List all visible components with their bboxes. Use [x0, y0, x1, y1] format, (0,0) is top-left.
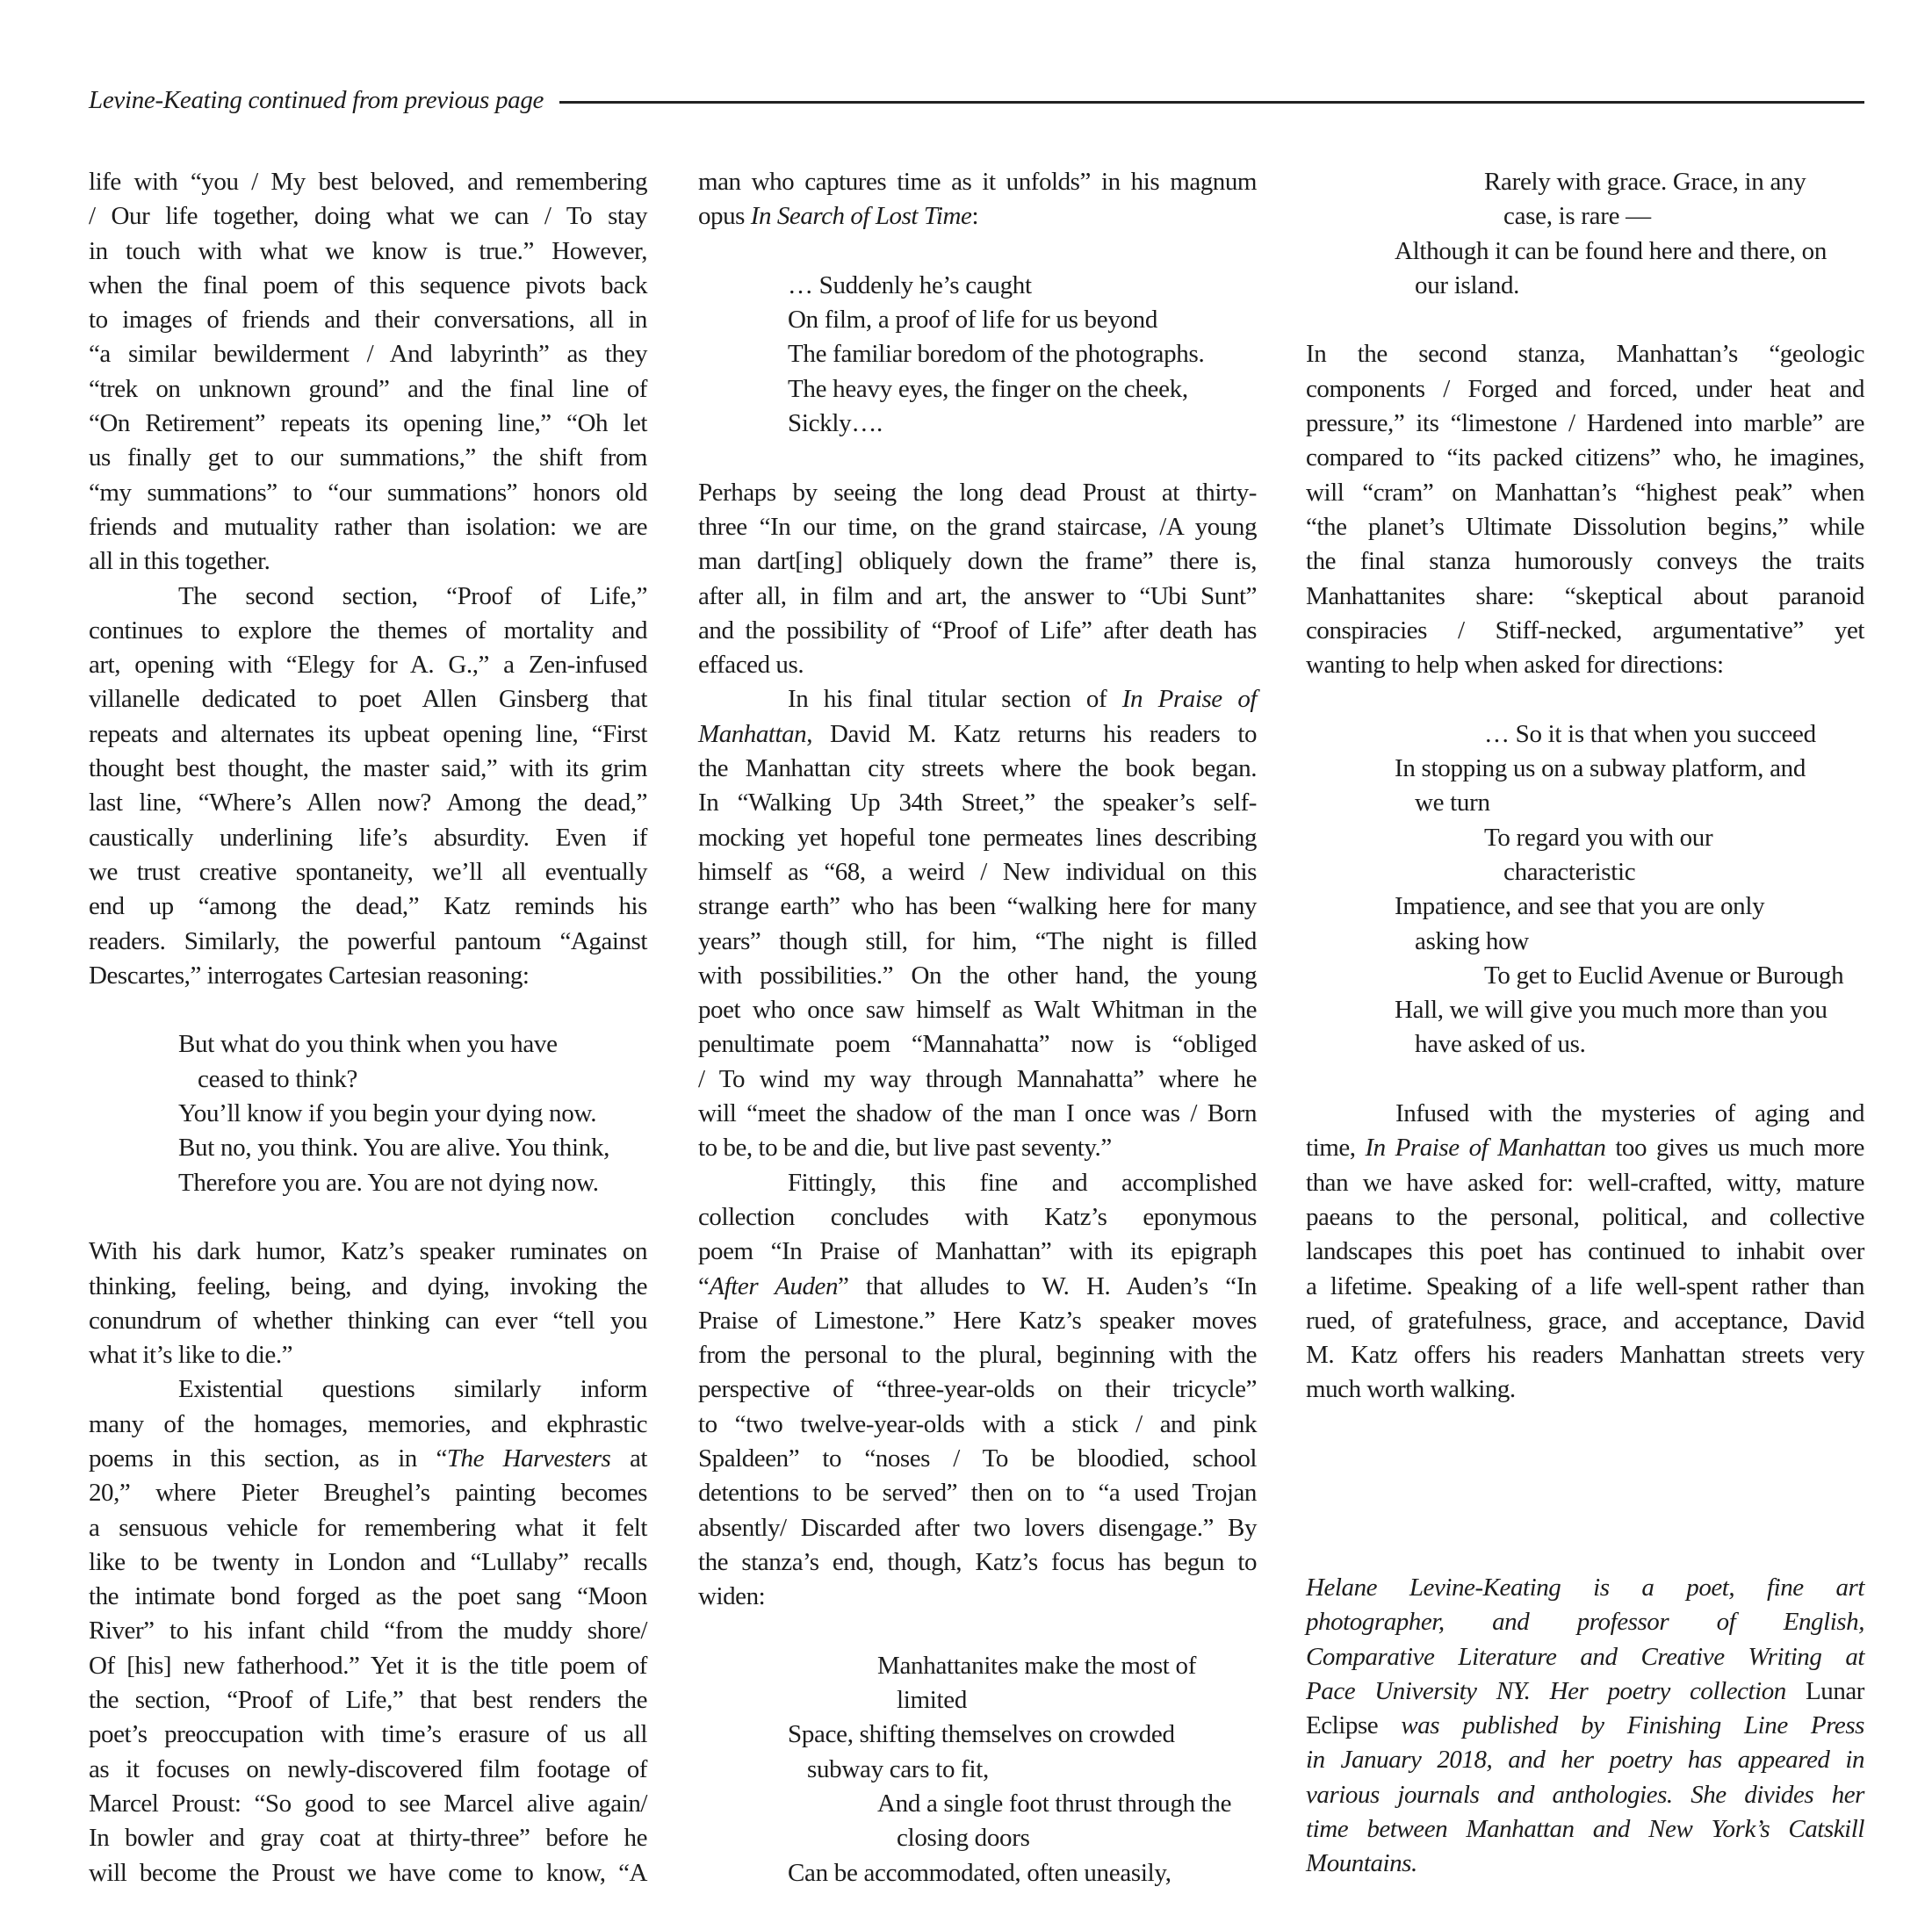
author-bio: Helane Levine-Keating is a poet, fine ar… — [1306, 1571, 1864, 1882]
text-line: Descartes,” interrogates Cartesian reaso… — [89, 959, 647, 993]
text-line: conundrum of whether thinking can ever “… — [89, 1304, 647, 1338]
text-line: Existential questions similarly inform — [89, 1372, 647, 1407]
text-line: detentions to be served” then on to “a u… — [698, 1476, 1257, 1510]
text-line: friends and mutuality rather than isolat… — [89, 510, 647, 544]
poem-line: … So it is that when you succeed — [1306, 717, 1864, 752]
book-title-lunar-eclipse: Eclipse — [1306, 1711, 1378, 1739]
text-line: last line, “Where’s Allen now? Among the… — [89, 786, 647, 820]
text-line: thinking, feeling, being, and dying, inv… — [89, 1270, 647, 1304]
text-line: “my summations” to “our summations” hono… — [89, 476, 647, 510]
text-line: poet’s preoccupation with time’s erasure… — [89, 1718, 647, 1752]
text-line: M. Katz offers his readers Manhattan str… — [1306, 1338, 1864, 1372]
poem-line: … Suddenly he’s caught — [698, 269, 1257, 303]
title-the-harvesters: The Harvesters — [447, 1444, 611, 1473]
poem-excerpt-grace: Rarely with grace. Grace, in any case, i… — [1306, 165, 1864, 303]
text-line: man who captures time as it unfolds” in … — [698, 165, 1257, 199]
poem-excerpt-in-praise-of-manhattan: Manhattanites make the most of limited S… — [698, 1649, 1257, 1890]
poem-line: Hall, we will give you much more than yo… — [1306, 993, 1864, 1027]
text-line: in touch with what we know is true.” How… — [89, 234, 647, 269]
spacer — [1306, 1062, 1864, 1097]
text-line: much worth walking. — [1306, 1372, 1864, 1407]
text-line: opus In Search of Lost Time: — [698, 199, 1257, 234]
text-line: poet who once saw himself as Walt Whitma… — [698, 993, 1257, 1027]
paragraph-second-stanza: In the second stanza, Manhattan’s “geolo… — [1306, 337, 1864, 682]
text-line: paeans to the personal, political, and c… — [1306, 1200, 1864, 1235]
spacer — [698, 1614, 1257, 1648]
text-line: and the possibility of “Proof of Life” a… — [698, 614, 1257, 648]
text-line: we trust creative spontaneity, we’ll all… — [89, 855, 647, 889]
text-line: 20,” where Pieter Breughel’s painting be… — [89, 1476, 647, 1510]
text-line: end up “among the dead,” Katz reminds hi… — [89, 889, 647, 924]
text-line: many of the homages, memories, and ekphr… — [89, 1408, 647, 1442]
poem-excerpt-directions: … So it is that when you succeed In stop… — [1306, 717, 1864, 1062]
text-line: thought best thought, the master said,” … — [89, 752, 647, 786]
text-line: “trek on unknown ground” and the final l… — [89, 372, 647, 407]
text-line: conspiracies / Stiff-necked, argumentati… — [1306, 614, 1864, 648]
text-line: widen: — [698, 1580, 1257, 1614]
text-line: will “cram” on Manhattan’s “highest peak… — [1306, 476, 1864, 510]
text-line: collection concludes with Katz’s eponymo… — [698, 1200, 1257, 1235]
paragraph-conclusion: Infused with the mysteries of aging and … — [1306, 1097, 1864, 1408]
paragraph-dark-humor: With his dark humor, Katz’s speaker rumi… — [89, 1235, 647, 1372]
poem-line: Space, shifting themselves on crowded — [698, 1718, 1257, 1752]
text-line: wanting to help when asked for direction… — [1306, 648, 1864, 682]
text-line: “After Auden” that alludes to W. H. Aude… — [698, 1270, 1257, 1304]
poem-line: characteristic — [1306, 855, 1864, 889]
paragraph-proof-of-life: The second section, “Proof of Life,” con… — [89, 580, 647, 994]
text-line: pressure,” its “limestone / Hardened int… — [1306, 407, 1864, 441]
text-line: with possibilities.” On the other hand, … — [698, 959, 1257, 993]
paragraph-ubi-sunt: Perhaps by seeing the long dead Proust a… — [698, 476, 1257, 683]
text-line: the final stanza humorously conveys the … — [1306, 544, 1864, 579]
spacer — [89, 993, 647, 1027]
text-line: a lifetime. Speaking of a life well-spen… — [1306, 1270, 1864, 1304]
text-run: opus — [698, 202, 751, 230]
text-run: poems in this section, as in “ — [89, 1444, 447, 1473]
bio-line: various journals and anthologies. She di… — [1306, 1778, 1864, 1812]
text-line: absently/ Discarded after two lovers dis… — [698, 1511, 1257, 1545]
continuation-label: Levine-Keating continued from previous p… — [89, 86, 544, 115]
text-line: “a similar bewilderment / And labyrinth”… — [89, 337, 647, 371]
paragraph-existential-questions: Existential questions similarly inform m… — [89, 1372, 647, 1890]
text-line: Manhattanites share: “skeptical about pa… — [1306, 580, 1864, 614]
epigraph-after-auden: After Auden — [709, 1272, 838, 1300]
bio-line: Eclipse was published by Finishing Line … — [1306, 1709, 1864, 1743]
poem-excerpt-proof-of-life: … Suddenly he’s caught On film, a proof … — [698, 269, 1257, 441]
poem-line: Rarely with grace. Grace, in any — [1306, 165, 1864, 199]
text-run: In his final titular section of — [788, 685, 1122, 713]
text-line: after all, in film and art, the answer t… — [698, 580, 1257, 614]
text-line: In the second stanza, Manhattan’s “geolo… — [1306, 337, 1864, 371]
text-line: us finally get to our summations,” the s… — [89, 441, 647, 475]
text-line: mocking yet hopeful tone permeates lines… — [698, 821, 1257, 855]
text-run: at — [610, 1444, 647, 1473]
middle-column: man who captures time as it unfolds” in … — [698, 165, 1257, 1890]
poem-line: Sickly…. — [698, 407, 1257, 441]
poem-line: Although it can be found here and there,… — [1306, 234, 1864, 269]
poem-line: closing doors — [698, 1821, 1257, 1855]
text-line: to be, to be and die, but live past seve… — [698, 1131, 1257, 1165]
text-run: “ — [698, 1272, 709, 1300]
text-line: Spaldeen” to “noses / To be bloodied, sc… — [698, 1442, 1257, 1476]
header-rule-divider — [559, 101, 1864, 104]
poem-line: our island. — [1306, 269, 1864, 303]
text-line: landscapes this poet has continued to in… — [1306, 1235, 1864, 1269]
spacer — [89, 1200, 647, 1235]
text-line: Manhattan, David M. Katz returns his rea… — [698, 717, 1257, 752]
text-line: a sensuous vehicle for remembering what … — [89, 1511, 647, 1545]
text-line: when the final poem of this sequence piv… — [89, 269, 647, 303]
bio-line: in January 2018, and her poetry has appe… — [1306, 1743, 1864, 1777]
text-line: The second section, “Proof of Life,” — [89, 580, 647, 614]
text-line: / To wind my way through Mannahatta” whe… — [698, 1062, 1257, 1097]
text-line: villanelle dedicated to poet Allen Ginsb… — [89, 682, 647, 717]
text-line: years” though still, for him, “The night… — [698, 925, 1257, 959]
poem-line: But no, you think. You are alive. You th… — [89, 1131, 647, 1165]
poem-line: To regard you with our — [1306, 821, 1864, 855]
spacer — [1306, 682, 1864, 717]
spacer — [1306, 303, 1864, 337]
text-line: continues to explore the themes of morta… — [89, 614, 647, 648]
text-line: Perhaps by seeing the long dead Proust a… — [698, 476, 1257, 510]
bio-line: time between Manhattan and New York’s Ca… — [1306, 1812, 1864, 1847]
poem-line: And a single foot thrust through the — [698, 1787, 1257, 1821]
text-line: man dart[ing] obliquely down the frame” … — [698, 544, 1257, 579]
poem-line: Can be accommodated, often uneasily, — [698, 1856, 1257, 1890]
poem-line: In stopping us on a subway platform, and — [1306, 752, 1864, 786]
text-line: to images of friends and their conversat… — [89, 303, 647, 337]
right-column: Rarely with grace. Grace, in any case, i… — [1306, 165, 1864, 1408]
poem-line: Impatience, and see that you are only — [1306, 889, 1864, 924]
text-run: was published by Finishing Line Press — [1378, 1711, 1864, 1739]
book-title-lunar-eclipse: Lunar — [1806, 1677, 1864, 1705]
text-line: In “Walking Up 34th Street,” the speaker… — [698, 786, 1257, 820]
text-line: than we have asked for: well-crafted, wi… — [1306, 1166, 1864, 1200]
text-line: himself as “68, a weird / New individual… — [698, 855, 1257, 889]
text-line: from the personal to the plural, beginni… — [698, 1338, 1257, 1372]
text-line: readers. Similarly, the powerful pantoum… — [89, 925, 647, 959]
text-line: “On Retirement” repeats its opening line… — [89, 407, 647, 441]
poem-line: have asked of us. — [1306, 1027, 1864, 1062]
text-line: / Our life together, doing what we can /… — [89, 199, 647, 234]
poem-line: asking how — [1306, 925, 1864, 959]
text-line: effaced us. — [698, 648, 1257, 682]
spacer — [698, 441, 1257, 475]
text-run: Pace University NY. Her poetry collectio… — [1306, 1677, 1806, 1705]
text-line: perspective of “three-year-olds on their… — [698, 1372, 1257, 1407]
text-line: art, opening with “Elegy for A. G.,” a Z… — [89, 648, 647, 682]
text-line: Of [his] new fatherhood.” Yet it is the … — [89, 1649, 647, 1683]
text-line: Fittingly, this fine and accomplished — [698, 1166, 1257, 1200]
text-line: Infused with the mysteries of aging and — [1306, 1097, 1864, 1131]
poem-line: limited — [698, 1683, 1257, 1718]
text-line: all in this together. — [89, 544, 647, 579]
text-run: time, — [1306, 1134, 1365, 1162]
text-line: the stanza’s end, though, Katz’s focus h… — [698, 1545, 1257, 1580]
poem-line: ceased to think? — [89, 1062, 647, 1097]
text-line: In bowler and gray coat at thirty-three”… — [89, 1821, 647, 1855]
poem-line: we turn — [1306, 786, 1864, 820]
title-in-praise-of-manhattan: In Praise of Manhattan — [1365, 1134, 1605, 1162]
text-line: three “In our time, on the grand stairca… — [698, 510, 1257, 544]
continuation-header: Levine-Keating continued from previous p… — [89, 83, 1864, 118]
title-in-search-of-lost-time: In Search of Lost Time — [751, 202, 972, 230]
poem-line: The heavy eyes, the finger on the cheek, — [698, 372, 1257, 407]
text-line: “the planet’s Ultimate Dissolution begin… — [1306, 510, 1864, 544]
paragraph-proust-continued: man who captures time as it unfolds” in … — [698, 165, 1257, 234]
bio-line: Comparative Literature and Creative Writ… — [1306, 1640, 1864, 1674]
poem-line: subway cars to fit, — [698, 1753, 1257, 1787]
text-line: the intimate bond forged as the poet san… — [89, 1580, 647, 1614]
poem-line: Therefore you are. You are not dying now… — [89, 1166, 647, 1200]
paragraph-eponymous-poem: Fittingly, this fine and accomplished co… — [698, 1166, 1257, 1615]
text-line: life with “you / My best beloved, and re… — [89, 165, 647, 199]
text-line: poem “In Praise of Manhattan” with its e… — [698, 1235, 1257, 1269]
text-line: River” to his infant child “from the mud… — [89, 1614, 647, 1648]
poem-line: case, is rare — — [1306, 199, 1864, 234]
text-run: : — [971, 202, 978, 230]
text-line: caustically underlining life’s absurdity… — [89, 821, 647, 855]
spacer — [698, 234, 1257, 269]
text-line: penultimate poem “Mannahatta” now is “ob… — [698, 1027, 1257, 1062]
paragraph-final-section: In his final titular section of In Prais… — [698, 682, 1257, 1165]
text-line: In his final titular section of In Prais… — [698, 682, 1257, 717]
text-line: will “meet the shadow of the man I once … — [698, 1097, 1257, 1131]
text-line: the Manhattan city streets where the boo… — [698, 752, 1257, 786]
text-line: strange earth” who has been “walking her… — [698, 889, 1257, 924]
text-line: time, In Praise of Manhattan too gives u… — [1306, 1131, 1864, 1165]
poem-line: The familiar boredom of the photographs. — [698, 337, 1257, 371]
text-run: , David M. Katz returns his readers to — [806, 720, 1257, 748]
bio-line: Pace University NY. Her poetry collectio… — [1306, 1674, 1864, 1709]
bio-line: photographer, and professor of English, — [1306, 1605, 1864, 1639]
poem-excerpt-against-descartes: But what do you think when you have ceas… — [89, 1027, 647, 1199]
text-line: Praise of Limestone.” Here Katz’s speake… — [698, 1304, 1257, 1338]
text-run: too gives us much more — [1605, 1134, 1864, 1162]
bio-line: Helane Levine-Keating is a poet, fine ar… — [1306, 1571, 1864, 1605]
bio-line: Mountains. — [1306, 1847, 1864, 1881]
text-line: as it focuses on newly-discovered film f… — [89, 1753, 647, 1787]
text-run: ” that alludes to W. H. Auden’s “In — [838, 1272, 1257, 1300]
poem-line: You’ll know if you begin your dying now. — [89, 1097, 647, 1131]
text-line: will become the Proust we have come to k… — [89, 1856, 647, 1890]
left-column: life with “you / My best beloved, and re… — [89, 165, 647, 1890]
title-in-praise-of-manhattan: In Praise of — [1122, 685, 1257, 713]
text-line: compared to “its packed citizens” who, h… — [1306, 441, 1864, 475]
poem-line: But what do you think when you have — [89, 1027, 647, 1062]
paragraph-summations: life with “you / My best beloved, and re… — [89, 165, 647, 580]
poem-line: To get to Euclid Avenue or Burough — [1306, 959, 1864, 993]
text-line: repeats and alternates its upbeat openin… — [89, 717, 647, 752]
text-line: rued, of gratefulness, grace, and accept… — [1306, 1304, 1864, 1338]
text-line: the section, “Proof of Life,” that best … — [89, 1683, 647, 1718]
text-line: With his dark humor, Katz’s speaker rumi… — [89, 1235, 647, 1269]
text-line: Marcel Proust: “So good to see Marcel al… — [89, 1787, 647, 1821]
poem-line: Manhattanites make the most of — [698, 1649, 1257, 1683]
text-line: components / Forged and forced, under he… — [1306, 372, 1864, 407]
title-in-praise-of-manhattan: Manhattan — [698, 720, 806, 748]
text-line: to “two twelve-year-olds with a stick / … — [698, 1408, 1257, 1442]
text-line: poems in this section, as in “The Harves… — [89, 1442, 647, 1476]
text-line: like to be twenty in London and “Lullaby… — [89, 1545, 647, 1580]
poem-line: On film, a proof of life for us beyond — [698, 303, 1257, 337]
text-line: what it’s like to die.” — [89, 1338, 647, 1372]
